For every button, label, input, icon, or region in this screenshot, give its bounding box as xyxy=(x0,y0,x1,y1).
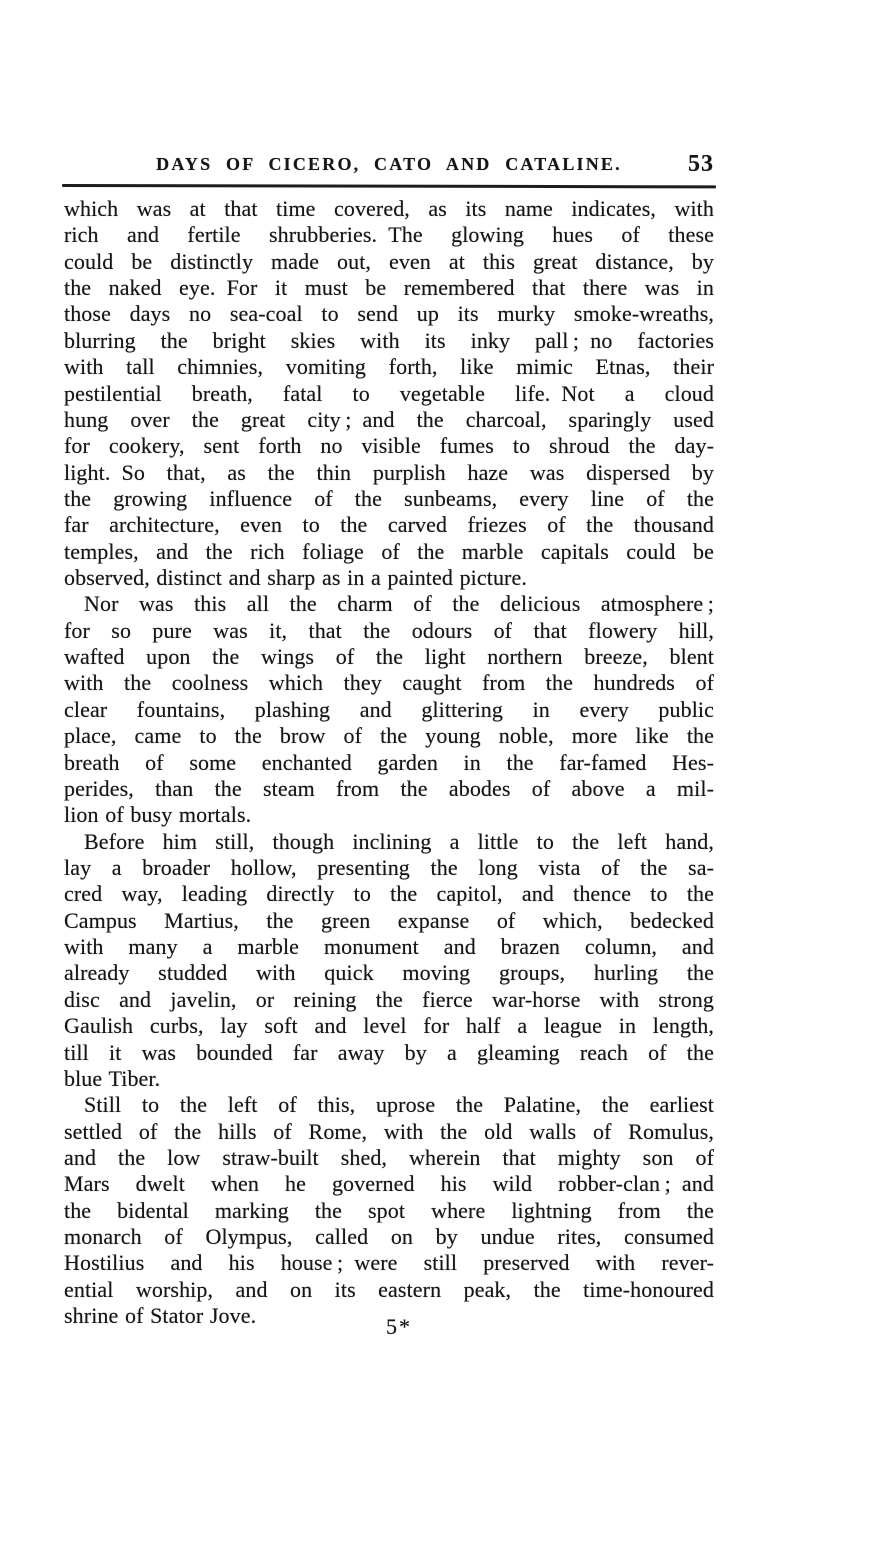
text-line: Hostilius and his house ; were still pre… xyxy=(64,1250,714,1276)
text-line: blurring the bright skies with its inky … xyxy=(64,328,714,354)
paragraph: Before him still, though inclining a lit… xyxy=(64,829,714,1093)
text-line: till it was bounded far away by a gleami… xyxy=(64,1040,714,1066)
text-line: ential worship, and on its eastern peak,… xyxy=(64,1277,714,1303)
text-line: disc and javelin, or reining the fierce … xyxy=(64,987,714,1013)
page-number: 53 xyxy=(688,151,714,178)
text-line: could be distinctly made out, even at th… xyxy=(64,249,714,275)
page-title: DAYS OF CICERO, CATO AND CATALINE. xyxy=(64,154,714,175)
text-line: already studded with quick moving groups… xyxy=(64,960,714,986)
text-line: the naked eye. For it must be remembered… xyxy=(64,275,714,301)
text-line: with many a marble monument and brazen c… xyxy=(64,934,714,960)
paragraph: Still to the left of this, uprose the Pa… xyxy=(64,1092,714,1329)
text-line: pestilential breath, fatal to vegetable … xyxy=(64,381,714,407)
text-line: for cookery, sent forth no visible fumes… xyxy=(64,433,714,459)
text-line: temples, and the rich foliage of the mar… xyxy=(64,539,714,565)
text-line: clear fountains, plashing and glittering… xyxy=(64,697,714,723)
text-line: perides, than the steam from the abodes … xyxy=(64,776,714,802)
text-line: Before him still, though inclining a lit… xyxy=(64,829,714,855)
text-line: wafted upon the wings of the light north… xyxy=(64,644,714,670)
text-line: Mars dwelt when he governed his wild rob… xyxy=(64,1171,714,1197)
text-line: light. So that, as the thin purplish haz… xyxy=(64,460,714,486)
book-page: DAYS OF CICERO, CATO AND CATALINE. 53 wh… xyxy=(0,0,896,1550)
text-line: lay a broader hollow, presenting the lon… xyxy=(64,855,714,881)
text-line: with the coolness which they caught from… xyxy=(64,670,714,696)
text-line: with tall chimnies, vomiting forth, like… xyxy=(64,354,714,380)
text-line: the growing influence of the sunbeams, e… xyxy=(64,486,714,512)
signature-mark: 5* xyxy=(386,1314,412,1340)
text-line: Gaulish curbs, lay soft and level for ha… xyxy=(64,1013,714,1039)
text-block: which was at that time covered, as its n… xyxy=(64,196,714,1329)
text-line: settled of the hills of Rome, with the o… xyxy=(64,1119,714,1145)
text-line: hung over the great city ; and the charc… xyxy=(64,407,714,433)
text-line: Nor was this all the charm of the delici… xyxy=(64,591,714,617)
text-line: monarch of Olympus, called on by undue r… xyxy=(64,1224,714,1250)
paragraph: Nor was this all the charm of the delici… xyxy=(64,591,714,828)
paragraph: which was at that time covered, as its n… xyxy=(64,196,714,591)
text-line: place, came to the brow of the young nob… xyxy=(64,723,714,749)
text-line: those days no sea-coal to send up its mu… xyxy=(64,301,714,327)
text-line: rich and fertile shrubberies. The glowin… xyxy=(64,222,714,248)
text-line: the bidental marking the spot where ligh… xyxy=(64,1198,714,1224)
page-header: DAYS OF CICERO, CATO AND CATALINE. 53 xyxy=(64,151,714,177)
text-line: for so pure was it, that the odours of t… xyxy=(64,618,714,644)
text-line: observed, distinct and sharp as in a pai… xyxy=(64,565,714,591)
text-line: Campus Martius, the green expanse of whi… xyxy=(64,908,714,934)
text-line: breath of some enchanted garden in the f… xyxy=(64,750,714,776)
text-line: and the low straw-built shed, wherein th… xyxy=(64,1145,714,1171)
text-line: cred way, leading directly to the capito… xyxy=(64,881,714,907)
text-line: far architecture, even to the carved fri… xyxy=(64,512,714,538)
text-line: which was at that time covered, as its n… xyxy=(64,196,714,222)
text-line: lion of busy mortals. xyxy=(64,802,714,828)
header-rule xyxy=(62,184,716,188)
text-line: blue Tiber. xyxy=(64,1066,714,1092)
text-line: Still to the left of this, uprose the Pa… xyxy=(64,1092,714,1118)
